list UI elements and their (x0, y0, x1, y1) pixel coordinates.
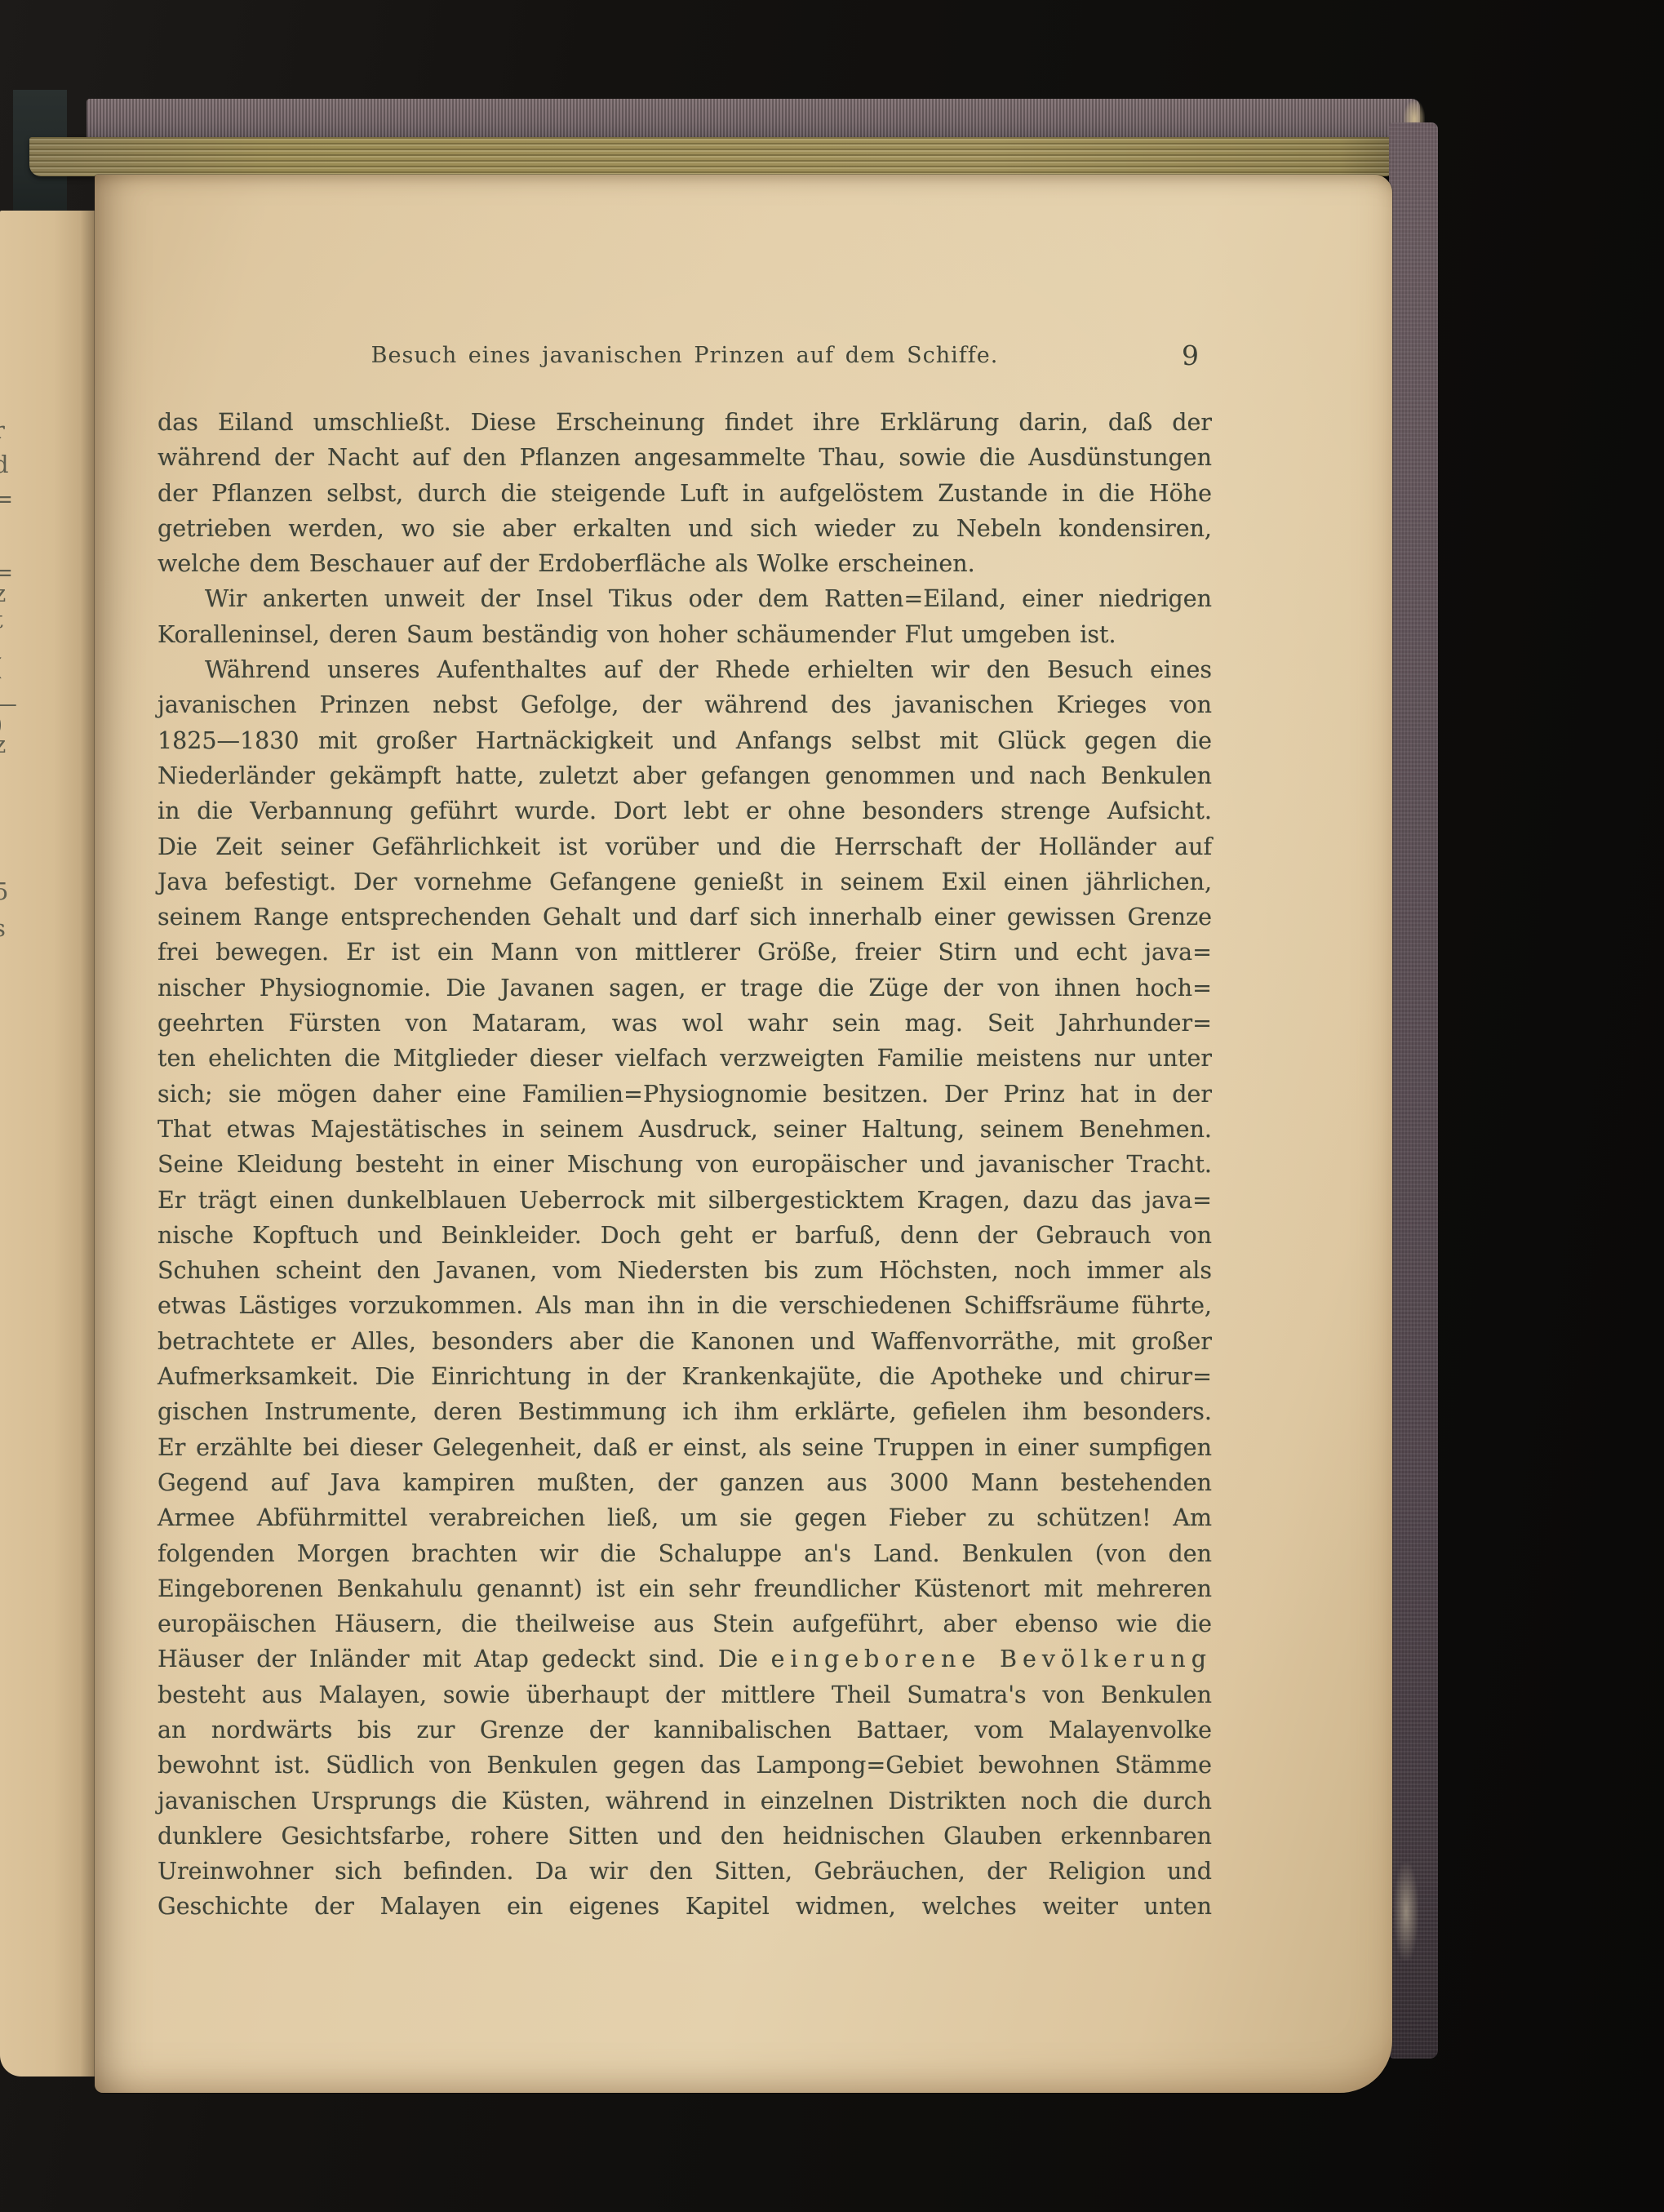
facing-page-letter-fragment: z (0, 731, 6, 758)
text-line: in die Verbannung geführt wurde. Dort le… (158, 793, 1212, 828)
text-line: während der Nacht auf den Pflanzen anges… (158, 440, 1212, 475)
text-line: Die Zeit seiner Gefährlichkeit ist vorüb… (158, 829, 1212, 864)
text-line: seinem Range entsprechenden Gehalt und d… (158, 899, 1212, 935)
text-line: europäischen Häusern, die theilweise aus… (158, 1606, 1212, 1641)
text-line: sich; sie mögen daher eine Familien=Phys… (158, 1077, 1212, 1112)
page-text-block: Besuch eines javanischen Prinzen auf dem… (158, 338, 1212, 1925)
book-cover-right-edge (1389, 122, 1438, 2059)
text-line: Wir ankerten unweit der Insel Tikus oder… (158, 581, 1212, 616)
book-cover-top-edge (87, 99, 1420, 142)
facing-page-letter-fragment: t (0, 606, 3, 633)
facing-page-letter-fragment: z (0, 580, 6, 607)
facing-page-letter-fragment: ( (0, 653, 2, 681)
running-head: Besuch eines javanischen Prinzen auf dem… (158, 338, 1212, 374)
page-title: Besuch eines javanischen Prinzen auf dem… (158, 338, 1212, 374)
text-line: geehrten Fürsten von Mataram, was wol wa… (158, 1006, 1212, 1041)
text-line: Er erzählte bei dieser Gelegenheit, daß … (158, 1430, 1212, 1465)
text-line: Aufmerksamkeit. Die Einrichtung in der K… (158, 1359, 1212, 1394)
text-line: Während unseres Aufenthaltes auf der Rhe… (158, 652, 1212, 687)
text-line: gischen Instrumente, deren Bestimmung ic… (158, 1394, 1212, 1429)
text-line: betrachtete er Alles, besonders aber die… (158, 1324, 1212, 1359)
text-line: bewohnt ist. Südlich von Benkulen gegen … (158, 1748, 1212, 1783)
text-line: Koralleninsel, deren Saum beständig von … (158, 617, 1212, 652)
text-line: Eingeborenen Benkahulu genannt) ist ein … (158, 1571, 1212, 1606)
text-line: Schuhen scheint den Javanen, vom Nieders… (158, 1253, 1212, 1288)
body-text: das Eiland umschließt. Diese Erscheinung… (158, 405, 1212, 1925)
text-line: Niederländer gekämpft hatte, zuletzt abe… (158, 758, 1212, 793)
text-line: Er trägt einen dunkelblauen Ueberrock mi… (158, 1183, 1212, 1218)
text-line: Gegend auf Java kampiren mußten, der gan… (158, 1465, 1212, 1500)
facing-page-letter-fragment: s (0, 914, 6, 942)
stacked-page-edges (29, 137, 1394, 176)
text-line: etwas Lästiges vorzukommen. Als man ihn … (158, 1288, 1212, 1323)
text-line: Seine Kleidung besteht in einer Mischung… (158, 1147, 1212, 1182)
facing-page-letter-fragment: d (0, 451, 9, 478)
text-line: javanischen Ursprungs die Küsten, währen… (158, 1783, 1212, 1819)
letterspaced-emphasis: eingeborene Bevölkerung (771, 1646, 1212, 1672)
text-line: Häuser der Inländer mit Atap gedeckt sin… (158, 1641, 1212, 1677)
book-photo: rd=,.=zt(—)zj5s Besuch eines javanischen… (0, 0, 1664, 2212)
text-line: welche dem Beschauer auf der Erdoberfläc… (158, 546, 1212, 581)
facing-page-sliver: rd=,.=zt(—)zj5s (0, 211, 98, 2077)
text-line: frei bewegen. Er ist ein Mann von mittle… (158, 935, 1212, 970)
text-line: ten ehelichten die Mitglieder dieser vie… (158, 1041, 1212, 1076)
text-line: dunklere Gesichtsfarbe, rohere Sitten un… (158, 1819, 1212, 1854)
facing-page-letter-fragment: r (0, 416, 5, 444)
text-line: 1825—1830 mit großer Hartnäckigkeit und … (158, 723, 1212, 758)
text-line: Java befestigt. Der vornehme Gefangene g… (158, 864, 1212, 899)
text-line: nische Kopftuch und Beinkleider. Doch ge… (158, 1218, 1212, 1253)
text-line: Armee Abführmittel verabreichen ließ, um… (158, 1500, 1212, 1535)
text-line: Ureinwohner sich befinden. Da wir den Si… (158, 1854, 1212, 1889)
text-line: der Pflanzen selbst, durch die steigende… (158, 476, 1212, 511)
text-line: getrieben werden, wo sie aber erkalten u… (158, 511, 1212, 546)
text-line: folgenden Morgen brachten wir die Schalu… (158, 1536, 1212, 1571)
facing-page-letter-fragment: j (0, 755, 1, 783)
page-number: 9 (1182, 340, 1199, 372)
text-line: an nordwärts bis zur Grenze der kannibal… (158, 1712, 1212, 1748)
text-line: Geschichte der Malayen ein eigenes Kapit… (158, 1889, 1212, 1924)
text-line: besteht aus Malayen, sowie überhaupt der… (158, 1677, 1212, 1712)
text-line: nischer Physiognomie. Die Javanen sagen,… (158, 971, 1212, 1006)
text-line: That etwas Majestätisches in seinem Ausd… (158, 1112, 1212, 1147)
text-line: javanischen Prinzen nebst Gefolge, der w… (158, 687, 1212, 722)
facing-page-letter-fragment: = (0, 485, 13, 513)
text-line: das Eiland umschließt. Diese Erscheinung… (158, 405, 1212, 440)
facing-page-letter-fragment: 5 (0, 877, 8, 905)
